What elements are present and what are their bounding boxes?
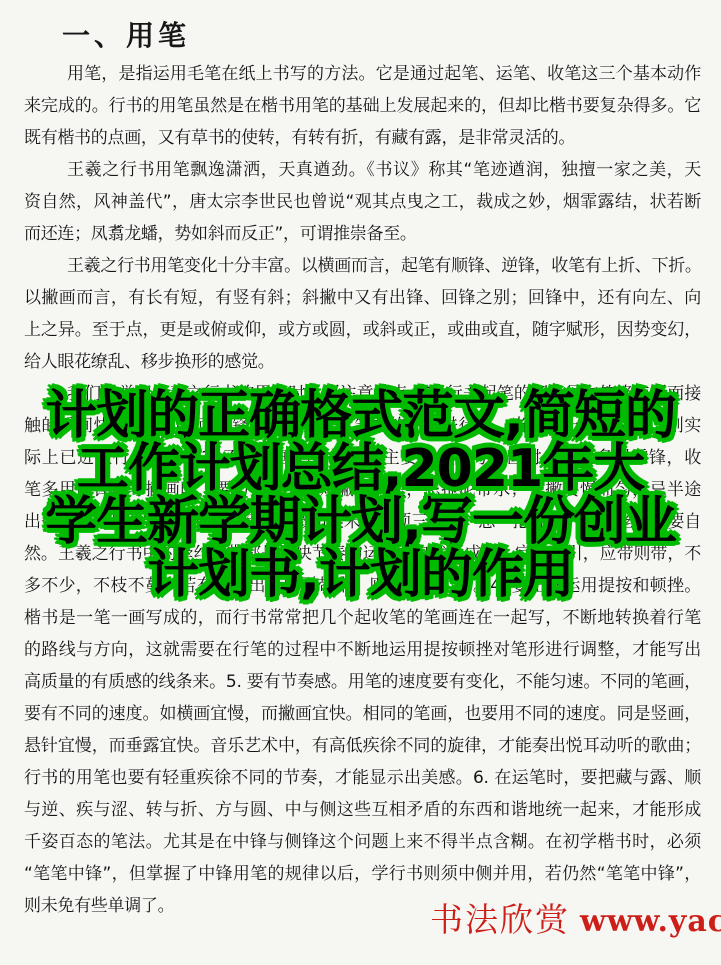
text-line: 用笔，是指运用毛笔在纸上书写的方法。它是通过起笔、运笔、收笔这三个基本动作 (24, 58, 701, 90)
text-line: 王羲之行书用笔变化十分丰富。以横画而言，起笔有顺锋、逆锋，收笔有上折、下折。 (24, 250, 701, 282)
text-line: 楷书是一笔一画写成的，而行书常常把几个起收笔的笔画连在一起写，不断地转换着行笔 (24, 602, 701, 634)
text-line: 行书的用笔也要有轻重疾徐不同的节奏，才能显示出美感。6. 在运笔时，要把藏与露、… (24, 762, 701, 794)
text-line: 与逆、疾与涩、转与折、方与圆、中与侧这些互相矛盾的东西和谐地统一起来，才能形成 (24, 794, 701, 826)
text-line: 悬针宜慢，而垂露宜快。音乐艺术中，有高低疾徐不同的旋律，才能奏出悦耳动听的歌曲； (24, 730, 701, 762)
text-line: 然。王羲之行书中的牵丝引带都是在快节奏的运笔中自然形成的，宜引则引，应带则带，不 (24, 538, 701, 570)
text-line: 的路线与方向，这就需要在行笔的过程中不断地运用提按顿挫对笔形进行调整，才能写出 (24, 634, 701, 666)
watermark: 书法欣赏www.yac8.com (430, 894, 721, 941)
text-line: 而还连；凤翥龙蟠，势如斜而反正”，可谓推崇备至。 (24, 218, 701, 250)
text-line: 资自然，风神盖代”，唐太宗李世民也曾说“观其点曳之工，裁成之妙，烟霏露结，状若断 (24, 186, 701, 218)
page-title: 一、用笔 (62, 14, 190, 54)
text-line: 多不少，不枝不蔓，若有意造出一些引带来，则会贻笑大方。4. 要正确运用提按和顿挫… (24, 570, 701, 602)
body-text: 用笔，是指运用毛笔在纸上书写的方法。它是通过起笔、运笔、收笔这三个基本动作来完成… (24, 58, 701, 922)
watermark-site-name: 书法欣赏 (430, 900, 570, 939)
text-line: 千姿百态的笔法。尤其是在中锋与侧锋这个问题上来不得半点含糊。在初学楷书时，必须 (24, 826, 701, 858)
text-line: 王羲之行书用笔飘逸潇洒，天真遒劲。《书议》称其“笔迹遒润，独擅一家之美，天 (24, 154, 701, 186)
text-line: 给人眼花缭乱、移步换形的感觉。 (24, 346, 701, 378)
text-line: 触的瞬间快速完成的，而露锋有时则是在落笔前的空中进行的，当笔刚一接触到纸，则实 (24, 410, 701, 442)
text-line: 高质量的有质感的线条来。5. 要有节奏感。用笔的速度要有变化，不能匀速。不同的笔… (24, 666, 701, 698)
watermark-url: www.yac8.com (580, 904, 721, 939)
text-line: “笔笔中锋”，但掌握了中锋用笔的规律以后，学行书则须中侧并用，若仍然“笔笔中锋”… (24, 858, 701, 890)
text-line: 要有不同的速度。如横画宜慢，而撇画宜快。相同的笔画，也要用不同的速度。同是竖画， (24, 698, 701, 730)
text-line: 上之异。至于点，更是或俯或仰，或方或圆，或斜或正，或曲或直，随字赋形，因势变幻， (24, 314, 701, 346)
text-line: 既有楷书的点画，又有草书的使转，有转有折，有藏有露，是非常灵活的。 (24, 122, 701, 154)
text-line: 笔多用出锋。写撇画时，要力到撇尖，短撇要快捷，忌拖泥带水；长撇要慢而匀，忌半途 (24, 474, 701, 506)
text-line: 我们在学习王羲之行书的用笔时，要注意六点：1. 行书起笔的顺锋是在笔锋与纸面接 (24, 378, 701, 410)
text-line: 际上已进入行笔阶段。2. 不同笔画的写法要抓主要点。如写横画时，起笔多用露锋，收 (24, 442, 701, 474)
page: 一、用笔 用笔，是指运用毛笔在纸上书写的方法。它是通过起笔、运笔、收笔这三个基本… (0, 0, 721, 965)
text-line: 出击。写点时，要既沉着又灵活，细微如粟米，亦须三过笔，忌一拖直下。3. 牵丝引带… (24, 506, 701, 538)
text-line: 以撇画而言，有长有短，有竖有斜；斜撇中又有出锋、回锋之别；回锋中，还有向左、向 (24, 282, 701, 314)
text-line: 来完成的。行书的用笔虽然是在楷书用笔的基础上发展起来的，但却比楷书要复杂得多。它 (24, 90, 701, 122)
